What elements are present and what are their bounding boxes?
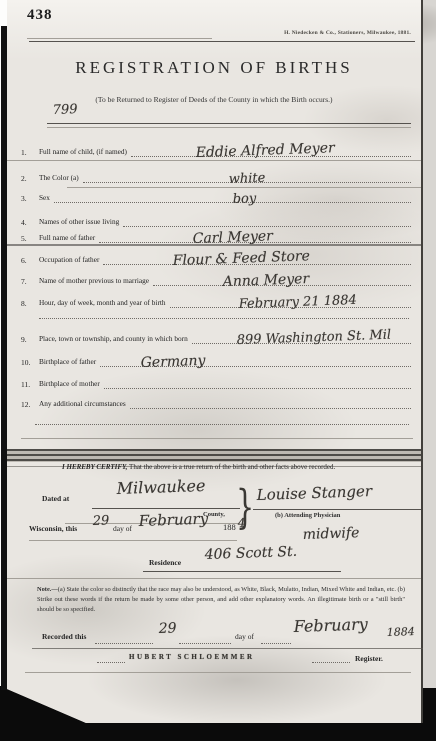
row-value-handwritten: Flour & Feed Store	[172, 248, 310, 269]
rule	[47, 127, 411, 128]
form-row-3: 3. Sex boy	[21, 184, 411, 203]
page-left-edge-shadow	[1, 26, 7, 690]
row-label: Birthplace of mother	[39, 379, 100, 389]
blank-continuation-line	[35, 424, 409, 425]
row-label: Full name of father	[39, 233, 95, 243]
residence-value: 406 Scott St.	[204, 544, 297, 563]
row-number: 3.	[21, 194, 39, 203]
row-number: 7.	[21, 277, 39, 286]
row-label: Any additional circumstances	[39, 399, 126, 409]
month-handwritten: February	[138, 510, 208, 530]
row-value-handwritten: Carl Meyer	[192, 228, 273, 247]
certify-heading-rest: That the above is a true return of the b…	[127, 463, 335, 471]
row-value-handwritten: Germany	[140, 353, 205, 371]
row-number: 2.	[21, 174, 39, 183]
rule	[253, 509, 421, 510]
blank-continuation-line	[39, 318, 409, 319]
row-value-handwritten: Anna Meyer	[222, 271, 309, 290]
row-number: 5.	[21, 234, 39, 243]
record-number: 799	[52, 102, 77, 118]
form-row-11: 11. Birthplace of mother	[21, 370, 411, 389]
document-page: 438 H. Niedecken & Co., Stationers, Milw…	[7, 0, 423, 723]
year-handwritten: 4	[238, 516, 246, 530]
row-number: 11.	[21, 380, 39, 389]
row-number: 12.	[21, 400, 39, 409]
rule	[143, 571, 341, 572]
row-label: Place, town or township, and county in w…	[39, 334, 188, 344]
document-title: REGISTRATION OF BIRTHS	[7, 58, 421, 78]
row-number: 9.	[21, 335, 39, 344]
rule	[32, 648, 424, 649]
row-value-handwritten: 899 Washington St. Mil	[236, 328, 391, 348]
attending-role-handwritten: midwife	[302, 525, 359, 543]
form-row-9: 9. Place, town or township, and county i…	[21, 325, 411, 344]
row-value-handwritten: boy	[232, 191, 256, 207]
footnote-lead: Note.—	[37, 586, 58, 593]
day-handwritten: 29	[92, 513, 109, 529]
scan-right-margin	[423, 0, 436, 688]
rule	[25, 672, 411, 673]
scan-dark-band	[7, 449, 421, 462]
row-label: Full name of child, (if named)	[39, 147, 127, 157]
row-number: 10.	[21, 358, 39, 367]
footnote: Note.—(a) State the color so distinctly …	[37, 585, 405, 615]
rule	[29, 41, 415, 42]
rule	[92, 508, 240, 509]
row-value-handwritten: February 21 1884	[238, 293, 357, 312]
footnote-body: (a) State the color so distinctly that t…	[37, 586, 405, 613]
dotted-leader	[104, 385, 411, 389]
row-label: Hour, day of week, month and year of bir…	[39, 298, 166, 308]
dotted-leader	[95, 643, 153, 644]
form-row-2: 2. The Color (a) white	[21, 164, 411, 183]
form-row-6: 6. Occupation of father Flour & Feed Sto…	[21, 246, 411, 265]
rule	[27, 38, 212, 39]
printer-imprint: H. Niedecken & Co., Stationers, Milwauke…	[284, 30, 411, 36]
row-label: Occupation of father	[39, 255, 99, 265]
rule	[21, 438, 413, 439]
recorded-day: 29	[158, 620, 176, 637]
dotted-leader	[261, 643, 291, 644]
row-value-handwritten: Eddie Alfred Meyer	[195, 140, 335, 161]
residence-label: Residence	[149, 558, 181, 567]
row-number: 1.	[21, 148, 39, 157]
year-printed: 188	[223, 522, 236, 532]
row-label: Name of mother previous to marriage	[39, 276, 149, 286]
form-row-8: 8. Hour, day of week, month and year of …	[21, 289, 411, 308]
certify-heading-lead: I HEREBY CERTIFY,	[62, 463, 127, 471]
recorded-month: February	[293, 614, 368, 636]
dotted-leader	[130, 405, 411, 409]
register-signature: HUBERT SCHLOEMMER	[129, 653, 255, 661]
form-row-1: 1. Full name of child, (if named) Eddie …	[21, 138, 411, 157]
certify-heading: I HEREBY CERTIFY, That the above is a tr…	[62, 463, 409, 471]
row-label: The Color (a)	[39, 173, 79, 183]
row-number: 6.	[21, 256, 39, 265]
form-row-10: 10. Birthplace of father Germany	[21, 348, 411, 367]
dotted-leader	[179, 643, 231, 644]
row-label: Sex	[39, 193, 50, 203]
dated-at-label: Dated at	[42, 494, 69, 503]
physician-signature: Louise Stanger	[256, 482, 372, 504]
row-number: 8.	[21, 299, 39, 308]
register-label: Register.	[355, 654, 383, 663]
rule	[47, 123, 411, 124]
row-label: Birthplace of father	[39, 357, 96, 367]
form-row-5: 5. Full name of father Carl Meyer	[21, 224, 411, 243]
day-of-label: day of	[113, 524, 132, 533]
recorded-year: 1884	[387, 625, 415, 639]
dated-at-value: Milwaukee	[116, 476, 205, 498]
rule	[7, 578, 421, 579]
recorded-day-of-label: day of	[235, 632, 254, 641]
recorded-prefix: Recorded this	[42, 632, 86, 641]
dotted-leader	[97, 662, 125, 663]
page-number: 438	[27, 7, 53, 24]
form-row-7: 7. Name of mother previous to marriage A…	[21, 267, 411, 286]
rule	[29, 540, 237, 541]
attending-physician-label: (b) Attending Physician	[275, 512, 340, 519]
dotted-leader	[312, 662, 350, 663]
state-line-prefix: Wisconsin, this	[29, 524, 77, 533]
form-row-12: 12. Any additional circumstances	[21, 390, 411, 409]
